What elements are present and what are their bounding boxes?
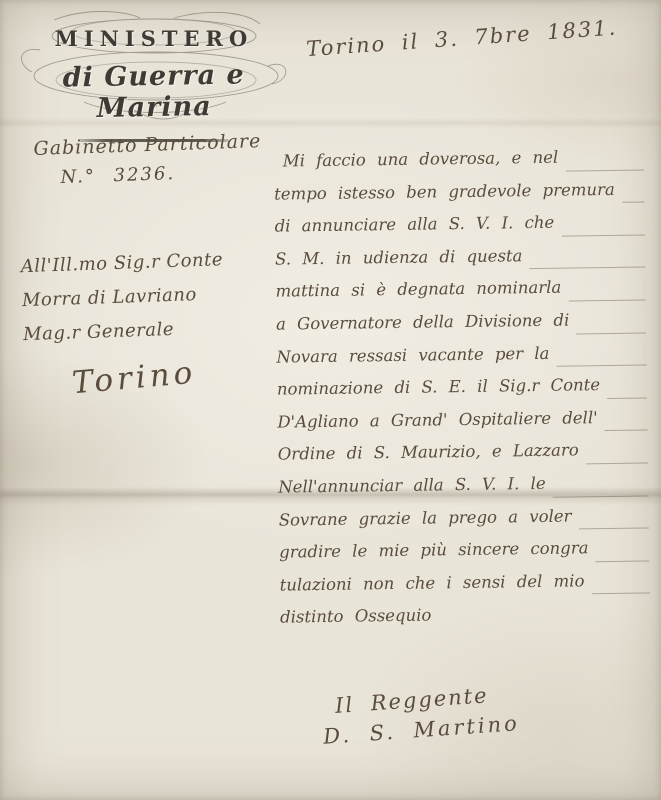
signature-block: Il Reggente D. S. Martino bbox=[320, 681, 520, 749]
body-line-text: S. M. in udienza di questa bbox=[275, 246, 523, 268]
recipient-city: Torino bbox=[71, 355, 198, 402]
body-line: a Governatore della Divisione di bbox=[276, 309, 652, 347]
body-line: D'Agliano a Grand' Ospitaliere dell' bbox=[277, 407, 653, 445]
body-line: Nell'annunciar alla S. V. I. le bbox=[278, 472, 654, 510]
body-line-text: mattina si è degnata nominarla bbox=[275, 278, 561, 301]
ministry-title: MINISTERO bbox=[28, 26, 280, 51]
body-line: di annunciare alla S. V. I. che bbox=[275, 212, 651, 250]
body-line-text: Nell'annunciar alla S. V. I. le bbox=[278, 474, 546, 497]
dateline: Torino il 3. 7bre 1831. bbox=[306, 15, 627, 61]
body-line-text: Mi faccio una doverosa, e nel bbox=[283, 148, 559, 171]
body-line-text: di annunciare alla S. V. I. che bbox=[275, 213, 555, 236]
body-line: nominazione di S. E. il Sig.r Conte bbox=[277, 375, 653, 413]
body-line: Ordine di S. Maurizio, e Lazzaro bbox=[278, 440, 654, 478]
body-line: Mi faccio una doverosa, e nel bbox=[274, 146, 650, 184]
letter-body: Mi faccio una doverosa, e nel tempo iste… bbox=[274, 146, 657, 640]
department-title: di Guerra e Marina bbox=[27, 59, 280, 125]
body-line-text: Sovrane grazie la prego a voler bbox=[279, 506, 572, 529]
body-line: tulazioni non che i sensi del mio bbox=[280, 570, 656, 608]
body-line: S. M. in udienza di questa bbox=[275, 244, 651, 282]
reference-number-line: N.° 3236. bbox=[60, 160, 262, 188]
recipient-line: Mag.r Generale bbox=[23, 310, 264, 352]
body-line-text: Ordine di S. Maurizio, e Lazzaro bbox=[278, 441, 579, 464]
body-line: Sovrane grazie la prego a voler bbox=[279, 505, 655, 543]
body-line-text: a Governatore della Divisione di bbox=[276, 311, 570, 334]
reference-number: 3236. bbox=[113, 163, 175, 186]
office-label: Gabinetto Particolare bbox=[33, 130, 261, 160]
body-line: mattina si è degnata nominarla bbox=[275, 277, 651, 315]
letter-page: MINISTERO di Guerra e Marina Torino il 3… bbox=[0, 0, 661, 800]
body-line: distinto Ossequio bbox=[280, 603, 656, 641]
recipient-block: All'Ill.mo Sig.r Conte Morra di Lavriano… bbox=[20, 242, 263, 352]
letterhead: MINISTERO di Guerra e Marina bbox=[28, 12, 280, 124]
body-line-text: tulazioni non che i sensi del mio bbox=[280, 571, 585, 594]
number-label: N.° bbox=[60, 166, 96, 188]
body-line-text: distinto Ossequio bbox=[280, 606, 432, 627]
body-line: gradire le mie più sincere congra bbox=[279, 537, 655, 575]
body-line: Novara ressasi vacante per la bbox=[276, 342, 652, 380]
reference-block: Gabinetto Particolare N.° 3236. bbox=[33, 130, 262, 189]
body-line-text: gradire le mie più sincere congra bbox=[279, 538, 589, 561]
body-line-text: tempo istesso ben gradevole premura bbox=[274, 179, 615, 203]
body-line-text: D'Agliano a Grand' Ospitaliere dell' bbox=[277, 408, 598, 431]
body-line-text: Novara ressasi vacante per la bbox=[276, 343, 549, 366]
body-line-text: nominazione di S. E. il Sig.r Conte bbox=[277, 375, 600, 399]
body-line: tempo istesso ben gradevole premura bbox=[274, 179, 650, 217]
